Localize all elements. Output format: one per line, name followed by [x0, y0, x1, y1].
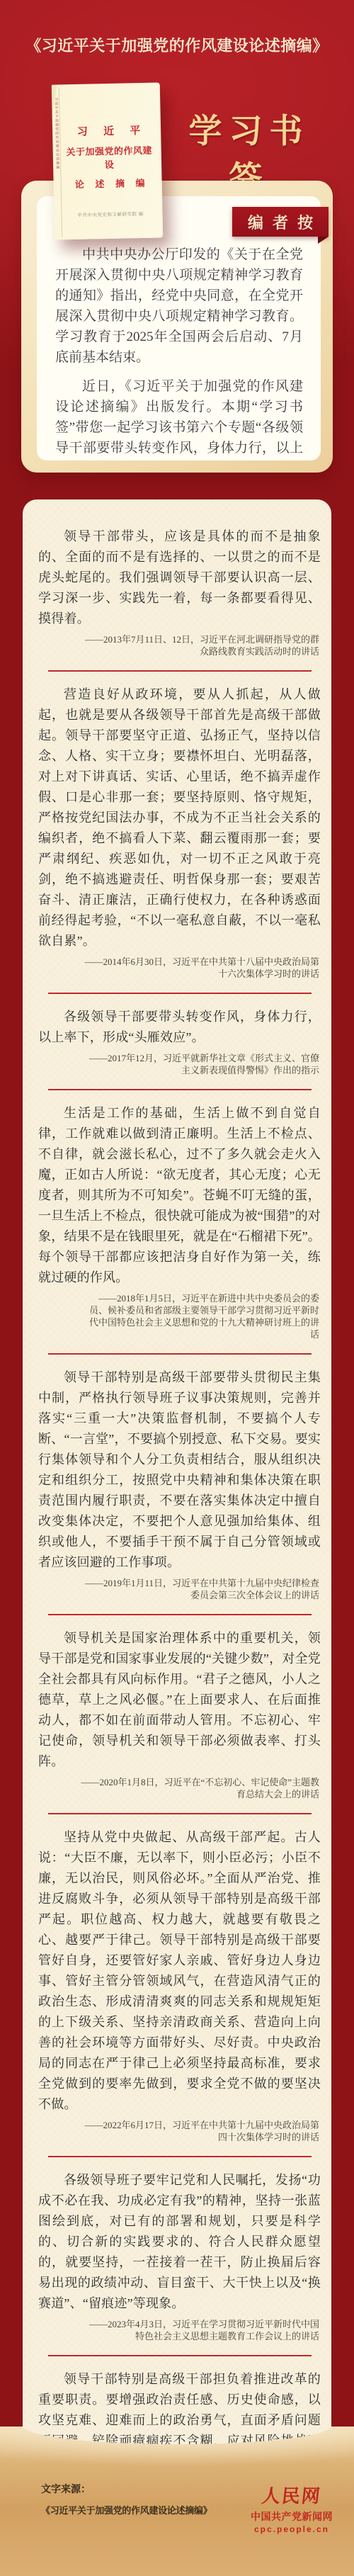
divider: [48, 993, 312, 994]
quote-source: ——2023年4月3日，习近平在学习贯彻习近平新时代中国特色社会主义思想主题教育…: [81, 2318, 319, 2342]
quote-source: ——2013年7月11日、12日，习近平在河北调研指导党的群众路线教育实践活动时…: [81, 633, 319, 657]
footer-source-title: 《习近平关于加强党的作风建设论述摘编》: [41, 2503, 212, 2516]
quote-source: ——2018年1月5日，习近平在新进中共中央委员会的委员、候补委员和省部级主要领…: [81, 1292, 319, 1340]
quote-text: 生活是工作的基础，生活上做不到自觉自律，工作就难以做到清正廉明。生活上不检点、不…: [38, 1103, 321, 1288]
book-publisher: 中共中央党史和文献研究院 编: [64, 210, 156, 219]
editor-note-card: 习近平关于加强党的作风建设论述摘编 习 近 平 关于加强党的作风建设 论 述 摘…: [21, 181, 333, 473]
quote-text: 营造良好从政环境，要从人抓起，从人做起，也就是要从各级领导干部首先是高级干部做起…: [38, 684, 321, 951]
quote-source: ——2014年6月30日，习近平在中共第十八届中央政治局第十六次集体学习时的讲话: [81, 956, 319, 980]
divider: [48, 2156, 312, 2157]
divider: [48, 1813, 312, 1814]
cpc-news-site-name: 中国共产党新闻网: [251, 2509, 333, 2524]
book-spine-text: 习近平关于加强党的作风建设论述摘编: [53, 97, 59, 169]
divider: [48, 1353, 312, 1355]
quotes-card: 领导干部带头，应该是具体的而不是抽象的、全面的而不是有选择的、一以贯之的而不是虎…: [23, 499, 331, 2444]
book-title-line1: 习 近 平: [69, 123, 155, 140]
footer-band: 文字来源： 《习近平关于加强党的作风建设论述摘编》 人民网 中国共产党新闻网 c…: [0, 2427, 354, 2576]
footer-source-block: 文字来源： 《习近平关于加强党的作风建设论述摘编》: [41, 2482, 212, 2516]
quote-source: ——2019年1月11日，习近平在中共第十九届中央纪律检查委员会第三次全体会议上…: [81, 1577, 319, 1601]
book-title-line2: 关于加强党的作风建设: [63, 143, 156, 172]
quote-text: 各级领导班子要牢记党和人民嘱托，发扬“功成不必在我、功成必定有我”的精神，坚持一…: [38, 2170, 321, 2314]
footer-source-label: 文字来源：: [41, 2482, 212, 2496]
poster-page: 《习近平关于加强党的作风建设论述摘编》 学习书签 习近平关于加强党的作风建设论述…: [0, 0, 354, 2576]
divider: [48, 670, 312, 672]
quote-source: ——2020年1月8日，习近平在“不忘初心、牢记使命”主题教育总结大会上的讲话: [81, 1776, 319, 1800]
cpc-news-site-url: cpc.people.cn: [251, 2524, 333, 2534]
divider: [48, 1089, 312, 1090]
peoples-daily-logo-text: 人民网: [249, 2482, 334, 2508]
page-title: 《习近平关于加强党的作风建设论述摘编》: [0, 0, 354, 56]
book-cover: 习近平关于加强党的作风建设论述摘编 习 近 平 关于加强党的作风建设 论 述 摘…: [52, 82, 164, 239]
quote-text: 领导干部带头，应该是具体的而不是抽象的、全面的而不是有选择的、一以贯之的而不是虎…: [38, 526, 321, 629]
editor-note-ribbon: 编者按: [232, 207, 329, 237]
peoples-daily-logo: 人民网 中国共产党新闻网 cpc.people.cn: [251, 2482, 333, 2534]
quote-text: 坚持从党中央做起、从高级干部严起。古人说：“大臣不廉，无以率下，则小臣必污；小臣…: [38, 1827, 321, 2115]
book-cover-text: 习 近 平 关于加强党的作风建设 论 述 摘 编 中共中央党史和文献研究院 编: [62, 123, 157, 219]
book-spine: 习近平关于加强党的作风建设论述摘编: [52, 87, 62, 237]
quote-text: 领导干部特别是高级干部要带头贯彻民主集中制，严格执行领导班子议事决策规则，完善并…: [38, 1367, 321, 1573]
quote-source: ——2017年12月，习近平就新华社文章《形式主义、官僚主义新表现值得警惕》作出…: [81, 1052, 319, 1076]
editor-note-paragraph: 中共中央办公厅印发的《关于在全党开展深入贯彻中央八项规定精神学习教育的通知》指出…: [55, 244, 303, 368]
quote-text: 领导机关是国家治理体系中的重要机关，领导干部是党和国家事业发展的“关键少数”，对…: [38, 1628, 321, 1772]
quote-text: 领导干部特别是高级干部担负着推进改革的重要职责。要增强政治责任感、历史使命感，以…: [38, 2369, 321, 2444]
book-title-line3: 论 述 摘 编: [67, 176, 156, 191]
quote-text: 各级领导干部要带头转变作风，身体力行，以上率下，形成“头雁效应”。: [38, 1007, 321, 1048]
quote-source: ——2022年6月17日，习近平在中共第十九届中央政治局第四十次集体学习时的讲话: [81, 2119, 319, 2143]
editor-note-label: 编者按: [248, 211, 322, 233]
section-gap: [0, 473, 354, 499]
divider: [48, 1614, 312, 1615]
divider: [48, 2355, 312, 2356]
editor-note-paragraph: 近日，《习近平关于加强党的作风建设论述摘编》出版发行。本期“学习书签”带您一起学…: [55, 376, 303, 461]
